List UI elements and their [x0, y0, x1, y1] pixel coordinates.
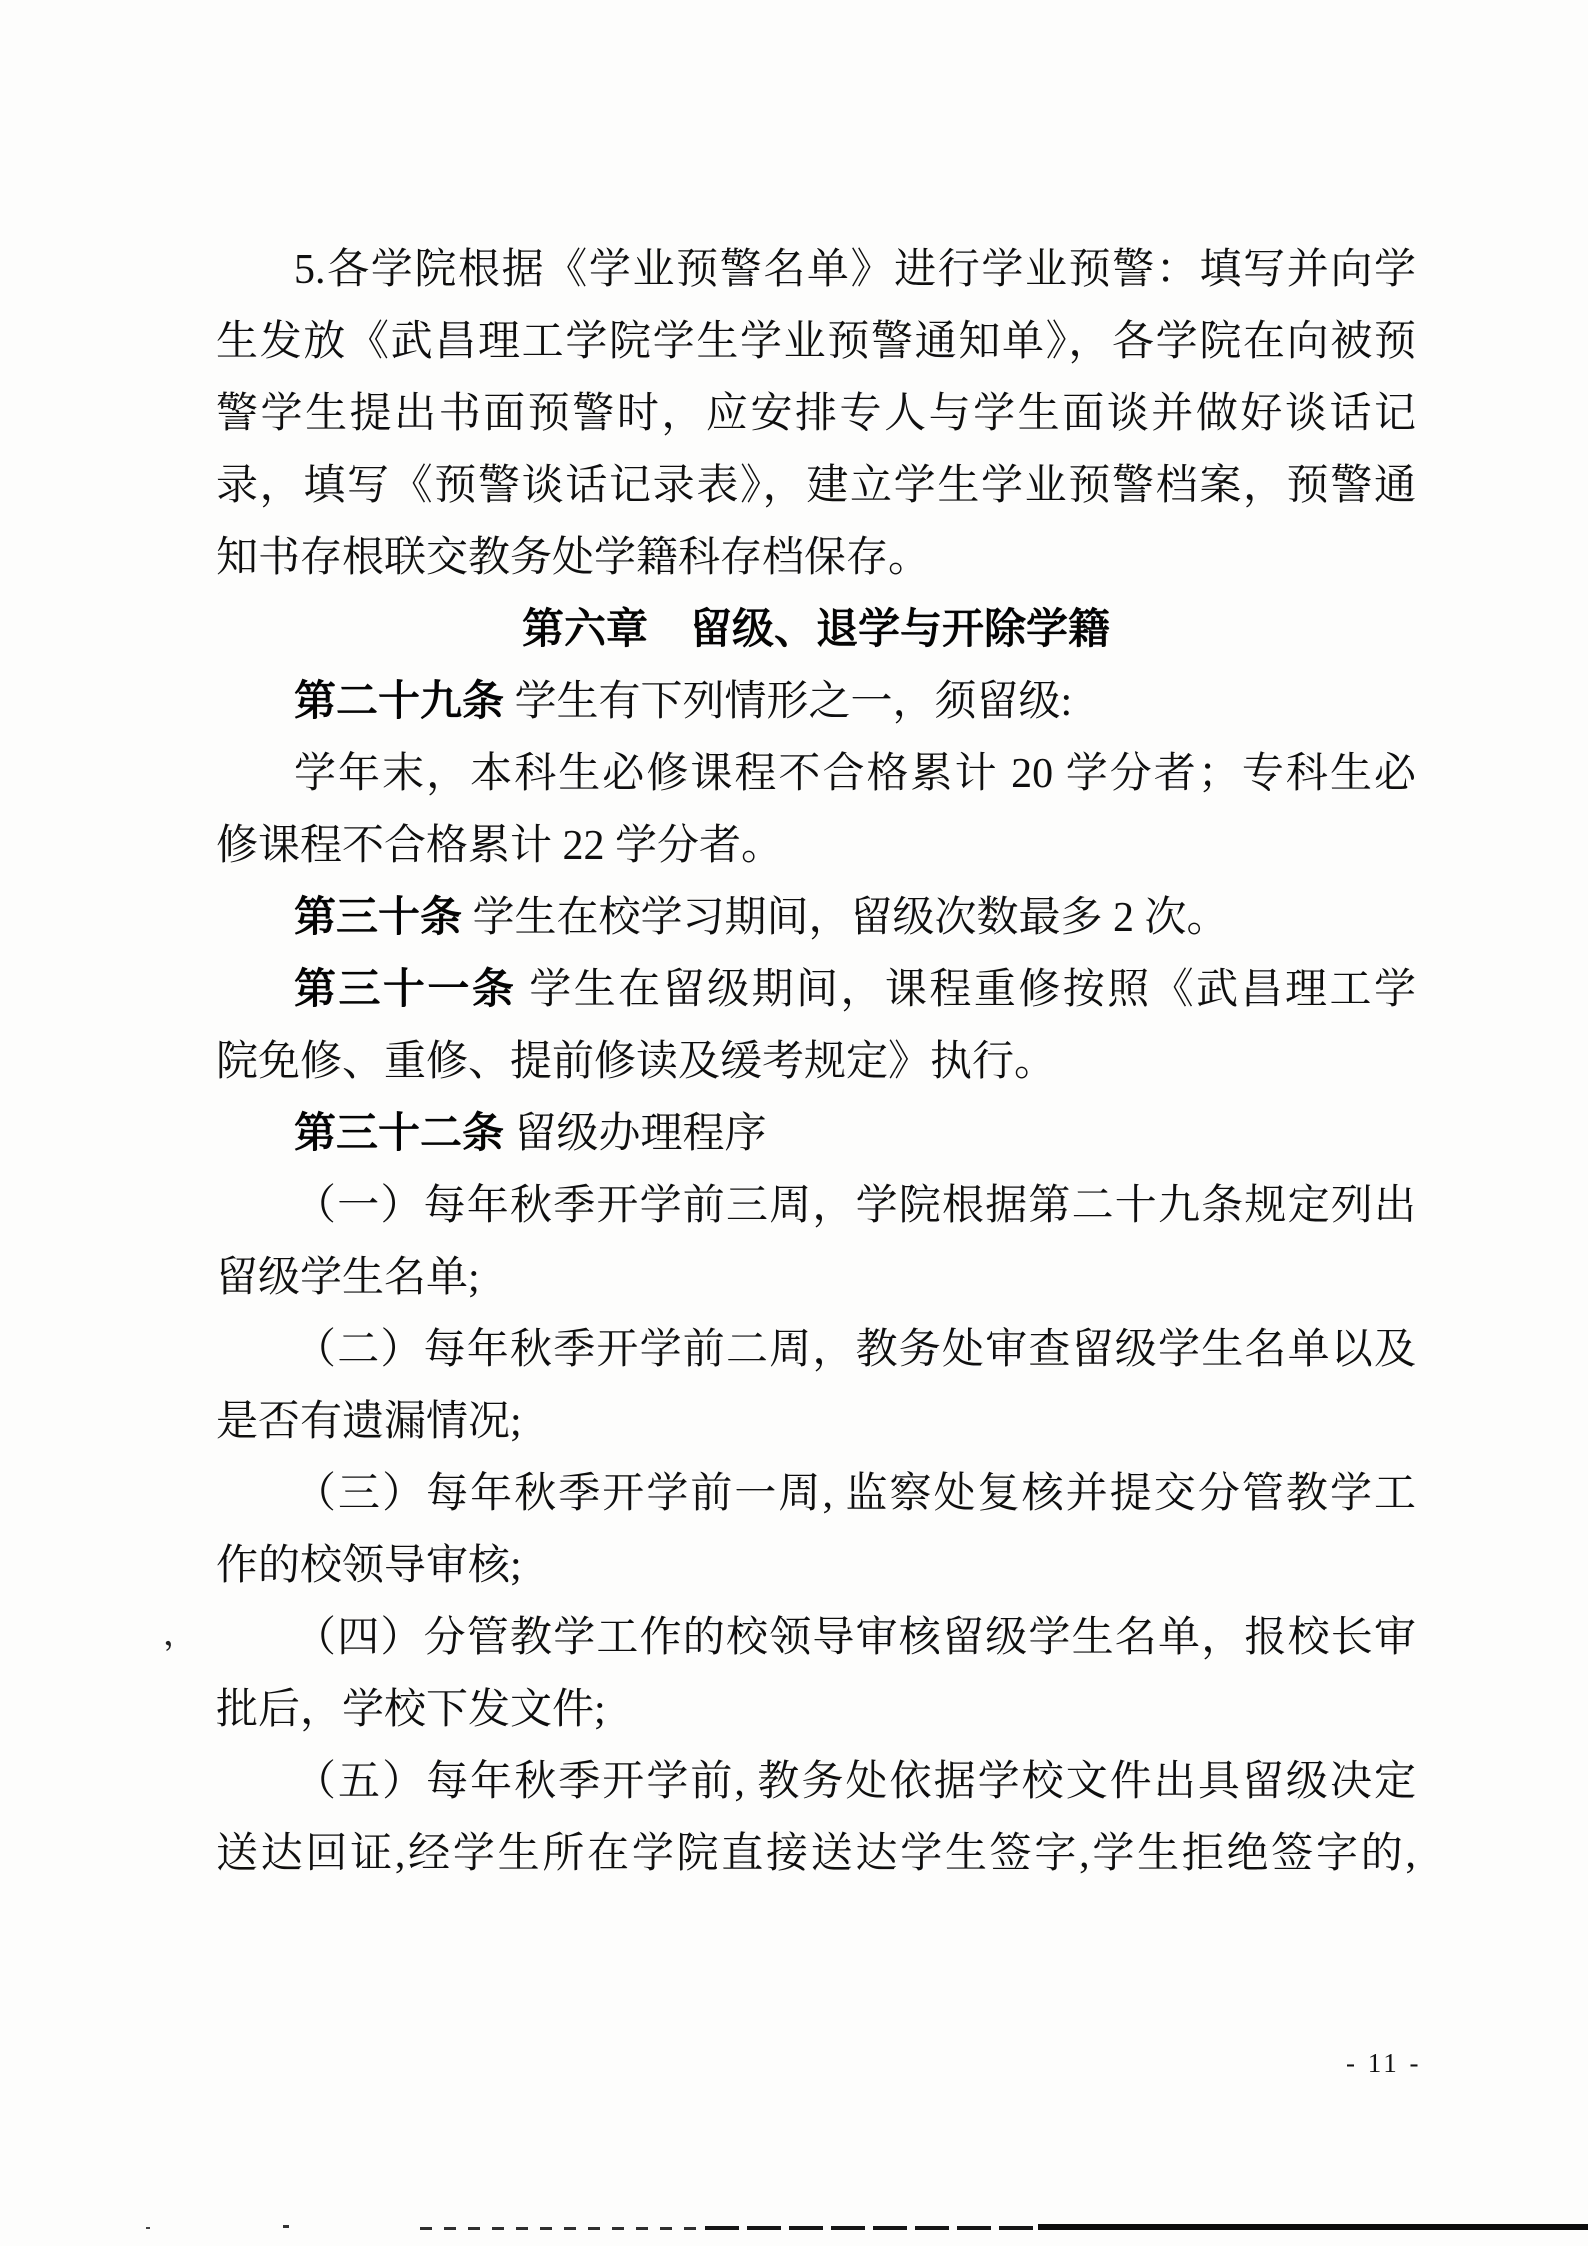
chapter-title: 留级、退学与开除学籍	[690, 607, 1110, 653]
scan-artifact-dashed-line	[420, 2227, 705, 2230]
chapter-number: 第六章	[522, 607, 648, 653]
article-32-line: 第三十二条 留级办理程序	[216, 1098, 1416, 1170]
text-line: 是否有遗漏情况;	[216, 1386, 1416, 1458]
article-31-text: 学生在留级期间，课程重修按照《武昌理工学	[516, 967, 1416, 1013]
text-line: 批后，学校下发文件;	[216, 1674, 1416, 1746]
article-31-label: 第三十一条	[294, 967, 516, 1013]
article-29-text: 学生有下列情形之一，须留级:	[504, 679, 1072, 725]
page-number: - 11 -	[1346, 2048, 1421, 2079]
article-29-line: 第二十九条 学生有下列情形之一，须留级:	[216, 666, 1416, 738]
text-line: 生发放《武昌理工学院学生学业预警通知单》，各学院在向被预	[216, 306, 1416, 378]
document-body: 5.各学院根据《学业预警名单》进行学业预警：填写并向学 生发放《武昌理工学院学生…	[216, 234, 1416, 1890]
procedure-item-1: （一）每年秋季开学前三周，学院根据第二十九条规定列出	[216, 1170, 1416, 1242]
chapter-heading: 第六章留级、退学与开除学籍	[216, 594, 1416, 666]
text-line: 5.各学院根据《学业预警名单》进行学业预警：填写并向学	[216, 234, 1416, 306]
text-line: 学年末，本科生必修课程不合格累计 20 学分者；专科生必	[216, 738, 1416, 810]
procedure-item-5: （五）每年秋季开学前, 教务处依据学校文件出具留级决定	[216, 1746, 1416, 1818]
scan-artifact-dot	[146, 2227, 150, 2229]
scanned-document-page: 5.各学院根据《学业预警名单》进行学业预警：填写并向学 生发放《武昌理工学院学生…	[0, 0, 1588, 2246]
procedure-item-4: （四）分管教学工作的校领导审核留级学生名单，报校长审	[216, 1602, 1416, 1674]
text-line: 录，填写《预警谈话记录表》，建立学生学业预警档案，预警通	[216, 450, 1416, 522]
text-line: 送达回证,经学生所在学院直接送达学生签字,学生拒绝签字的,	[216, 1818, 1416, 1890]
scan-artifact-dot	[283, 2225, 289, 2228]
article-31-line: 第三十一条 学生在留级期间，课程重修按照《武昌理工学	[216, 954, 1416, 1026]
stray-ink-mark: ’	[160, 1631, 182, 1677]
text-line: 知书存根联交教务处学籍科存档保存。	[216, 522, 1416, 594]
scan-artifact-solid-line	[1038, 2224, 1588, 2230]
text-line: 留级学生名单;	[216, 1242, 1416, 1314]
text-line: 作的校领导审核;	[216, 1530, 1416, 1602]
article-32-text: 留级办理程序	[504, 1111, 767, 1157]
article-30-label: 第三十条	[294, 895, 462, 941]
text-line: 警学生提出书面预警时，应安排专人与学生面谈并做好谈话记	[216, 378, 1416, 450]
procedure-item-2: （二）每年秋季开学前二周，教务处审查留级学生名单以及	[216, 1314, 1416, 1386]
text-line: 修课程不合格累计 22 学分者。	[216, 810, 1416, 882]
procedure-item-3: （三）每年秋季开学前一周, 监察处复核并提交分管教学工	[216, 1458, 1416, 1530]
article-32-label: 第三十二条	[294, 1111, 504, 1157]
article-30-text: 学生在校学习期间，留级次数最多 2 次。	[462, 895, 1229, 941]
article-30-line: 第三十条 学生在校学习期间，留级次数最多 2 次。	[216, 882, 1416, 954]
text-line: 院免修、重修、提前修读及缓考规定》执行。	[216, 1026, 1416, 1098]
scan-artifact-dashed-line	[705, 2226, 1040, 2230]
article-29-label: 第二十九条	[294, 679, 504, 725]
